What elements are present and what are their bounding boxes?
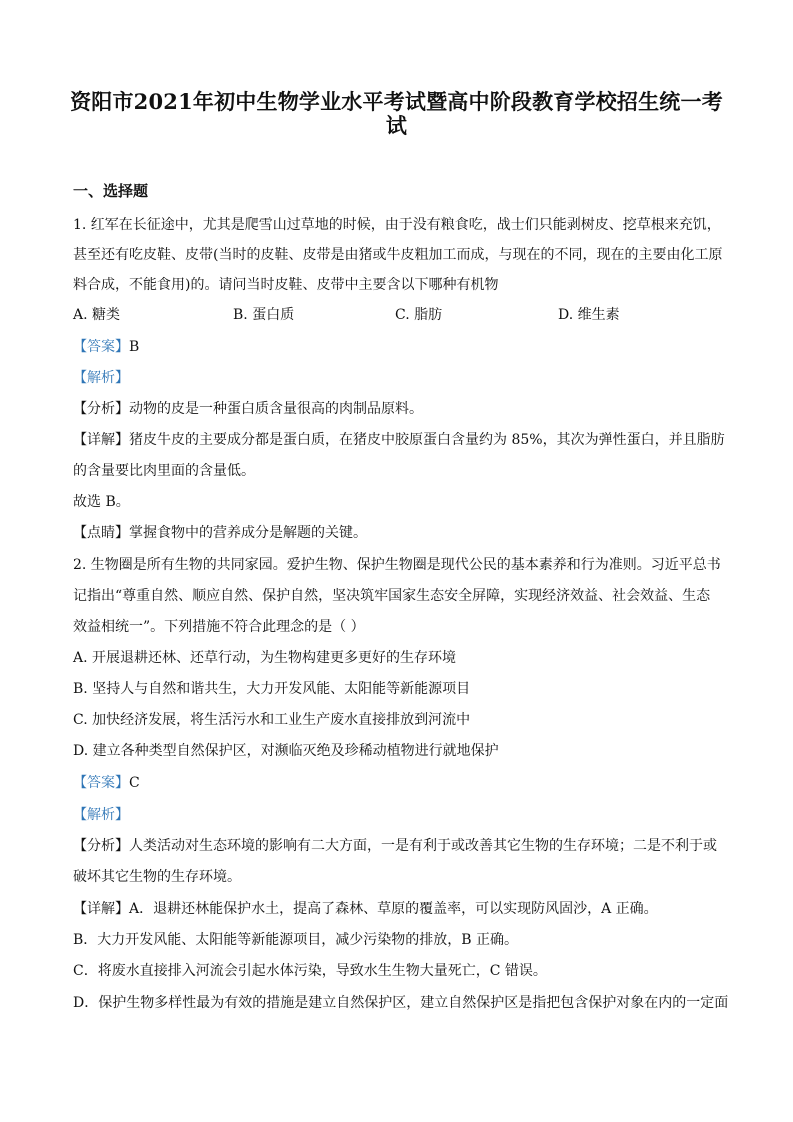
q2-answer: 【答案】C xyxy=(73,773,140,793)
document-page: 资阳市2021年初中生物学业水平考试暨高中阶段教育学校招生统一考 试 一、选择题… xyxy=(0,0,793,1122)
q1-dianjing: 【点睛】掌握食物中的营养成分是解题的关键。 xyxy=(73,523,367,543)
dianjing-label: 【点睛】 xyxy=(73,525,129,541)
q1-xiangjie-line1: 【详解】猪皮牛皮的主要成分都是蛋白质，在猪皮中胶原蛋白含量约为 85%，其次为弹… xyxy=(73,430,725,450)
xiangjie-label: 【详解】 xyxy=(73,432,129,448)
q2-fenxi-line2: 破坏其它生物的生存环境。 xyxy=(73,867,241,887)
q2-option-a: A. 开展退耕还林、还草行动，为生物构建更多更好的生存环境 xyxy=(73,648,456,668)
q1-stem-line3: 料合成，不能食用)的。请问当时皮鞋、皮带中主要含以下哪种有机物 xyxy=(73,275,498,295)
q1-option-d: D. 维生素 xyxy=(558,305,620,325)
q2-analysis-label: 【解析】 xyxy=(73,805,129,825)
q2-stem-line2: 记指出“尊重自然、顺应自然、保护自然，坚决筑牢国家生态安全屏障，实现经济效益、社… xyxy=(73,586,710,606)
fenxi-text: 动物的皮是一种蛋白质含量很高的肉制品原料。 xyxy=(129,401,423,417)
answer-value: B xyxy=(129,339,139,355)
q2-option-b: B. 坚持人与自然和谐共生，大力开发风能、太阳能等新能源项目 xyxy=(73,679,470,699)
q1-option-c: C. 脂肪 xyxy=(395,305,442,325)
q1-option-a: A. 糖类 xyxy=(73,305,120,325)
q2-stem-line3: 效益相统一”。下列措施不符合此理念的是（ ） xyxy=(73,617,365,637)
q2-fenxi-line1: 【分析】人类活动对生态环境的影响有二大方面，一是有利于或改善其它生物的生存环境；… xyxy=(73,836,717,856)
xiangjie-text: A．退耕还林能保护水土，提高了森林、草原的覆盖率，可以实现防风固沙，A 正确。 xyxy=(129,901,658,917)
q1-option-b: B. 蛋白质 xyxy=(233,305,294,325)
xiangjie-label: 【详解】 xyxy=(73,901,129,917)
q1-stem-line1: 1. 红军在长征途中，尤其是爬雪山过草地的时候，由于没有粮食吃，战士们只能剥树皮… xyxy=(73,215,721,235)
q1-fenxi: 【分析】动物的皮是一种蛋白质含量很高的肉制品原料。 xyxy=(73,399,423,419)
q1-answer: 【答案】B xyxy=(73,337,139,357)
q2-option-d: D. 建立各种类型自然保护区，对濒临灭绝及珍稀动植物进行就地保护 xyxy=(73,741,499,761)
dianjing-text: 掌握食物中的营养成分是解题的关键。 xyxy=(129,525,367,541)
q1-analysis-label: 【解析】 xyxy=(73,368,129,388)
q2-stem-line1: 2. 生物圈是所有生物的共同家园。爱护生物、保护生物圈是现代公民的基本素养和行为… xyxy=(73,555,721,575)
q2-xiangjie-line3: C．将废水直接排入河流会引起水体污染，导致水生生物大量死亡，C 错误。 xyxy=(73,961,547,981)
answer-value: C xyxy=(129,775,140,791)
q1-conclusion: 故选 B。 xyxy=(73,492,130,512)
xiangjie-text: 猪皮牛皮的主要成分都是蛋白质，在猪皮中胶原蛋白含量约为 85%，其次为弹性蛋白，… xyxy=(129,432,725,448)
answer-label: 【答案】 xyxy=(73,339,129,355)
answer-label: 【答案】 xyxy=(73,775,129,791)
q1-xiangjie-line2: 的含量要比肉里面的含量低。 xyxy=(73,461,255,481)
q1-stem-line2: 甚至还有吃皮鞋、皮带(当时的皮鞋、皮带是由猪或牛皮粗加工而成，与现在的不同，现在… xyxy=(73,245,722,265)
q2-xiangjie-line4: D．保护生物多样性最为有效的措施是建立自然保护区，建立自然保护区是指把包含保护对… xyxy=(73,993,728,1013)
fenxi-label: 【分析】 xyxy=(73,838,129,854)
q2-option-c: C. 加快经济发展，将生活污水和工业生产废水直接排放到河流中 xyxy=(73,710,470,730)
q2-xiangjie-line2: B．大力开发风能、太阳能等新能源项目，减少污染物的排放，B 正确。 xyxy=(73,930,518,950)
fenxi-label: 【分析】 xyxy=(73,401,129,417)
q2-xiangjie-line1: 【详解】A．退耕还林能保护水土，提高了森林、草原的覆盖率，可以实现防风固沙，A … xyxy=(73,899,658,919)
document-title-line2: 试 xyxy=(60,112,733,140)
fenxi-text: 人类活动对生态环境的影响有二大方面，一是有利于或改善其它生物的生存环境；二是不利… xyxy=(129,838,717,854)
section-heading: 一、选择题 xyxy=(73,180,148,201)
